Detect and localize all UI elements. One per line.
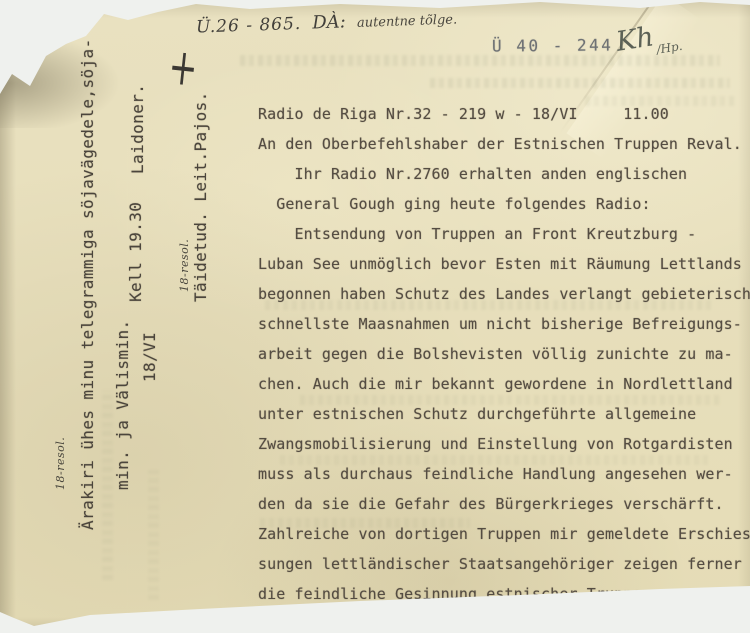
clerk-initials-handwritten: Kh/Hp. (614, 17, 682, 58)
margin-execution-note: 18-resol. Täidetud. Leit.Pajos. (178, 78, 218, 308)
telegram-line: General Gough ging heute folgendes Radio… (258, 189, 750, 219)
paper-sheet: Ü.26 - 865. DÀ: autentne tõlge. Ü 40 - 2… (0, 0, 750, 633)
telegram-line: Entsendung von Truppen an Front Kreutzbu… (258, 219, 750, 249)
telegram-line: Zwangsmobilisierung und Einstellung von … (258, 429, 750, 459)
telegram-line: unter estnischen Schutz durchgeführte al… (258, 399, 750, 429)
telegram-body: Radio de Riga Nr.32 - 219 w - 18/VI 11.0… (258, 99, 750, 609)
resolution-sent-date: 18/VI (140, 332, 159, 382)
telegram-line: Ihr Radio Nr.2760 erhalten anden englisc… (258, 159, 750, 189)
archive-note: autentne tõlge. (357, 12, 458, 30)
archive-number: Ü.26 - 865. (196, 14, 302, 38)
telegram-line: begonnen haben Schutz des Landes verlang… (258, 279, 750, 309)
scanned-document: Ü.26 - 865. DÀ: autentne tõlge. Ü 40 - 2… (0, 0, 750, 633)
registry-number-typed: Ü 40 - 244 (492, 35, 613, 55)
telegram-line: die feindliche Gesinnung estnischer Trup… (258, 579, 750, 609)
resolution-text: Ärakiri ühes minu telegrammiga söjaväged… (78, 38, 97, 530)
telegram-line: den da sie die Gefahr des Bürgerkrieges … (258, 489, 750, 519)
telegram-line: muss als durchaus feindliche Handlung an… (258, 459, 750, 489)
resolution-signature: Laidoner. (128, 84, 147, 174)
telegram-line: schnellste Maasnahmen um nicht bisherige… (258, 309, 750, 339)
resolution-addressees: min. ja Välismin. (113, 319, 132, 490)
telegram-line: arbeit gegen die Bolshevisten völlig zun… (258, 339, 750, 369)
telegram-line: sungen lettländischer Staatsangehöriger … (258, 549, 750, 579)
telegram-line: Zahlreiche von dortigen Truppen mir geme… (258, 519, 750, 549)
execution-handwritten-date: 18-resol. (178, 239, 191, 292)
execution-text: Täidetud. Leit.Pajos. (191, 91, 210, 302)
archive-initials: DÀ: (312, 11, 346, 33)
clerk-initials-sub: /Hp. (655, 39, 683, 57)
telegram-line: Luban See unmöglich bevor Esten mit Räum… (258, 249, 750, 279)
bleedthrough-ghost-row (430, 78, 730, 88)
resolution-handwritten-date: 18-resol. (54, 437, 67, 490)
telegram-line: Radio de Riga Nr.32 - 219 w - 18/VI 11.0… (258, 99, 750, 129)
resolution-time: Kell 19.30 (126, 202, 145, 302)
clerk-initials-main: Kh (614, 21, 656, 57)
archive-reference-handwritten: Ü.26 - 865. DÀ: autentne tõlge. (196, 7, 458, 37)
margin-resolution-note: 18-resol. Ärakiri ühes minu telegrammiga… (50, 24, 160, 614)
telegram-line: chen. Auch die mir bekannt gewordene in … (258, 369, 750, 399)
telegram-line: An den Oberbefehlshaber der Estnischen T… (258, 129, 750, 159)
